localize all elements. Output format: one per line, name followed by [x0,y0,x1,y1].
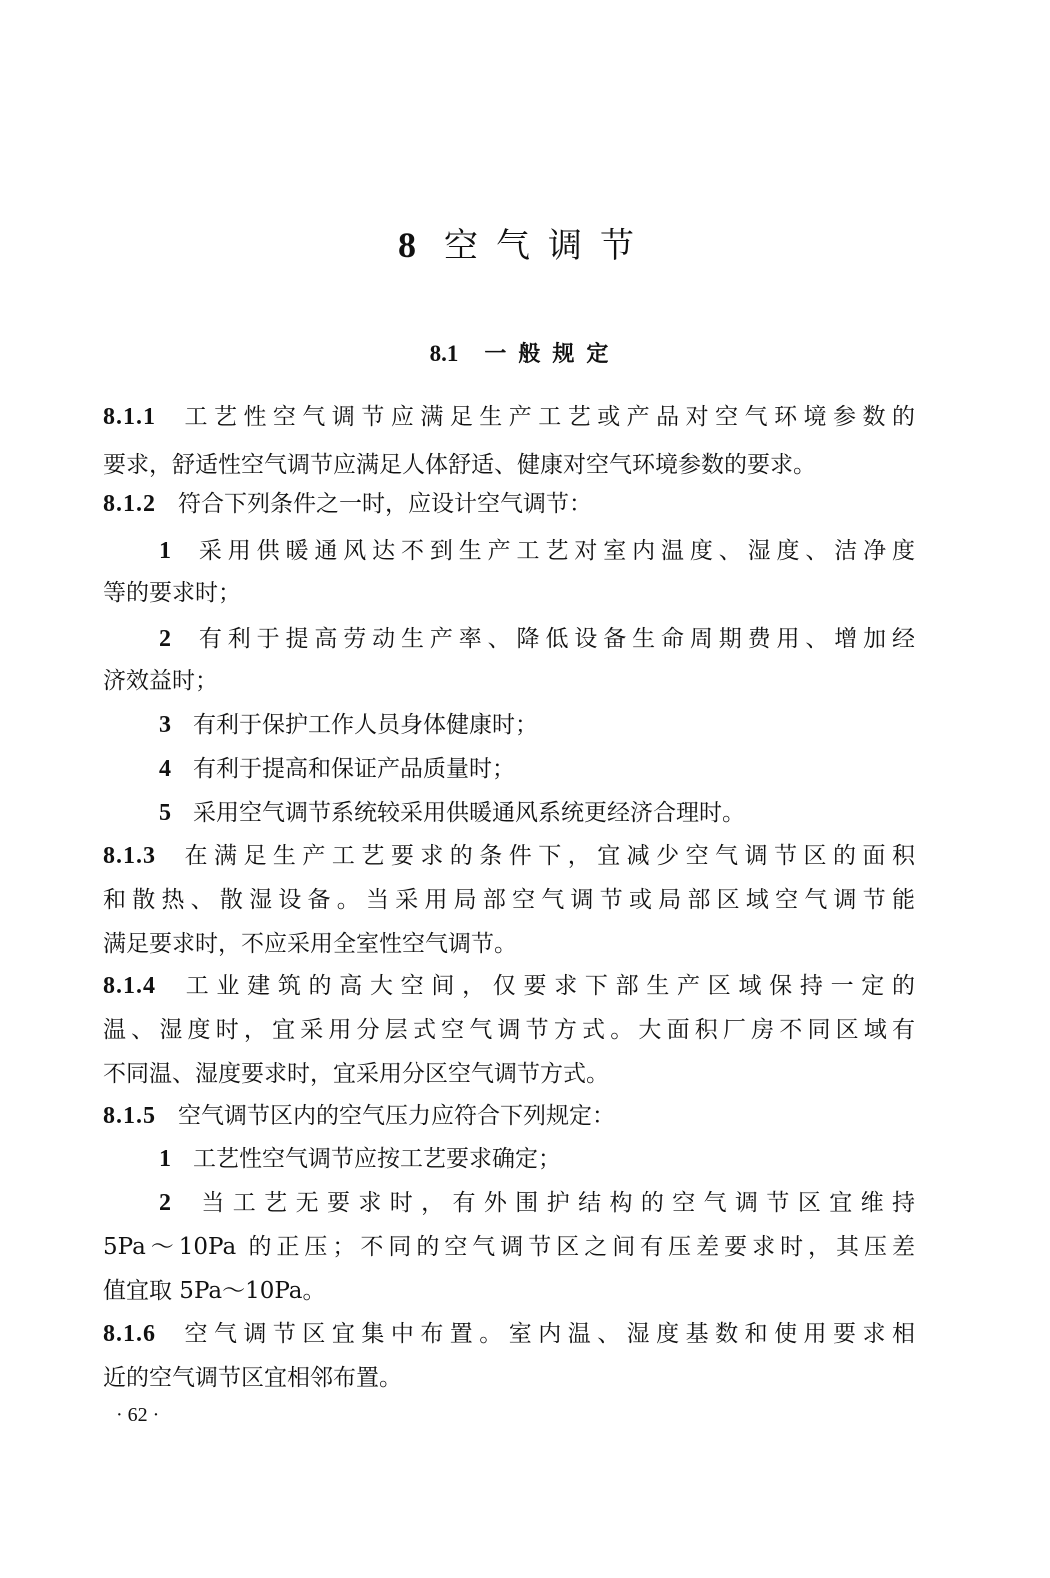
text-line: 和散热、散湿设备。当采用局部空气调节或局部区域空气调节能 [103,882,915,918]
list-item-line: 2当工艺无要求时，有外围护结构的空气调节区宜维持 [103,1185,915,1221]
line-text: 温、湿度时，宜采用分层式空气调节方式。大面积厂房不同区域有 [103,1017,915,1043]
clause-number: 8.1.1 [103,404,156,430]
clause-number: 8.1.4 [103,973,156,999]
clause-line: 8.1.6空气调节区宜集中布置。室内温、湿度基数和使用要求相 [103,1316,915,1352]
clause-line: 8.1.1工艺性空气调节应满足生产工艺或产品对空气环境参数的 [103,399,915,435]
line-text: 工艺性空气调节应按工艺要求确定； [193,1146,561,1172]
list-item-line: 1工艺性空气调节应按工艺要求确定； [103,1141,915,1177]
page-number: · 62 · [116,1402,159,1428]
line-text: 和散热、散湿设备。当采用局部空气调节或局部区域空气调节能 [103,887,915,913]
item-number: 5 [159,800,171,826]
line-text: 不同温、湿度要求时，宜采用分区空气调节方式。 [103,1061,609,1087]
text-line: 等的要求时； [103,575,915,611]
section-number: 8.1 [430,341,459,366]
clause-number: 8.1.2 [103,491,156,517]
line-text: 值宜取 5Pa～10Pa。 [103,1278,326,1304]
chapter-title-text: 空气调节 [444,226,652,266]
line-text: 近的空气调节区宜相邻布置。 [103,1365,402,1391]
text-line: 满足要求时，不应采用全室性空气调节。 [103,926,915,962]
line-text: 5Pa～10Pa 的正压；不同的空气调节区之间有压差要求时，其压差 [103,1234,915,1260]
item-number: 2 [159,626,171,652]
text-line: 济效益时； [103,663,915,699]
item-number: 1 [159,1146,171,1172]
line-text: 符合下列条件之一时，应设计空气调节： [178,491,592,517]
line-text: 济效益时； [103,668,218,694]
clause-number: 8.1.5 [103,1103,156,1129]
list-item-line: 4有利于提高和保证产品质量时； [103,751,915,787]
section-title-text: 一般规定 [484,341,620,367]
clause-line: 8.1.5空气调节区内的空气压力应符合下列规定： [103,1098,915,1134]
line-text: 等的要求时； [103,580,241,606]
text-line: 温、湿度时，宜采用分层式空气调节方式。大面积厂房不同区域有 [103,1012,915,1048]
chapter-title: 8空气调节 [0,222,1050,269]
line-text: 在满足生产工艺要求的条件下，宜减少空气调节区的面积 [178,843,915,869]
line-text: 工业建筑的高大空间，仅要求下部生产区域保持一定的 [178,973,915,999]
clause-line: 8.1.2符合下列条件之一时，应设计空气调节： [103,486,915,522]
line-text: 工艺性空气调节应满足生产工艺或产品对空气环境参数的 [178,404,915,430]
line-text: 有利于保护工作人员身体健康时； [193,712,538,738]
text-line: 近的空气调节区宜相邻布置。 [103,1360,915,1396]
chapter-number: 8 [398,225,416,265]
clause-line: 8.1.4工业建筑的高大空间，仅要求下部生产区域保持一定的 [103,968,915,1004]
clause-number: 8.1.6 [103,1321,156,1347]
item-number: 4 [159,756,171,782]
item-number: 3 [159,712,171,738]
list-item-line: 3有利于保护工作人员身体健康时； [103,707,915,743]
text-line: 值宜取 5Pa～10Pa。 [103,1273,915,1309]
line-text: 要求，舒适性空气调节应满足人体舒适、健康对空气环境参数的要求。 [103,452,816,478]
line-text: 有利于提高劳动生产率、降低设备生命周期费用、增加经 [193,626,915,652]
line-text: 满足要求时，不应采用全室性空气调节。 [103,931,517,957]
line-text: 采用空气调节系统较采用供暖通风系统更经济合理时。 [193,800,745,826]
list-item-line: 2有利于提高劳动生产率、降低设备生命周期费用、增加经 [103,621,915,657]
list-item-line: 5采用空气调节系统较采用供暖通风系统更经济合理时。 [103,795,915,831]
line-text: 当工艺无要求时，有外围护结构的空气调节区宜维持 [193,1190,915,1216]
section-title: 8.1一般规定 [0,337,1050,371]
text-line: 5Pa～10Pa 的正压；不同的空气调节区之间有压差要求时，其压差 [103,1229,915,1265]
list-item-line: 1采用供暖通风达不到生产工艺对室内温度、湿度、洁净度 [103,533,915,569]
clause-number: 8.1.3 [103,843,156,869]
item-number: 1 [159,538,171,564]
line-text: 空气调节区内的空气压力应符合下列规定： [178,1103,615,1129]
line-text: 空气调节区宜集中布置。室内温、湿度基数和使用要求相 [178,1321,915,1347]
item-number: 2 [159,1190,171,1216]
line-text: 有利于提高和保证产品质量时； [193,756,515,782]
clause-line: 8.1.3在满足生产工艺要求的条件下，宜减少空气调节区的面积 [103,838,915,874]
text-line: 不同温、湿度要求时，宜采用分区空气调节方式。 [103,1056,915,1092]
text-line: 要求，舒适性空气调节应满足人体舒适、健康对空气环境参数的要求。 [103,447,915,483]
line-text: 采用供暖通风达不到生产工艺对室内温度、湿度、洁净度 [193,538,915,564]
